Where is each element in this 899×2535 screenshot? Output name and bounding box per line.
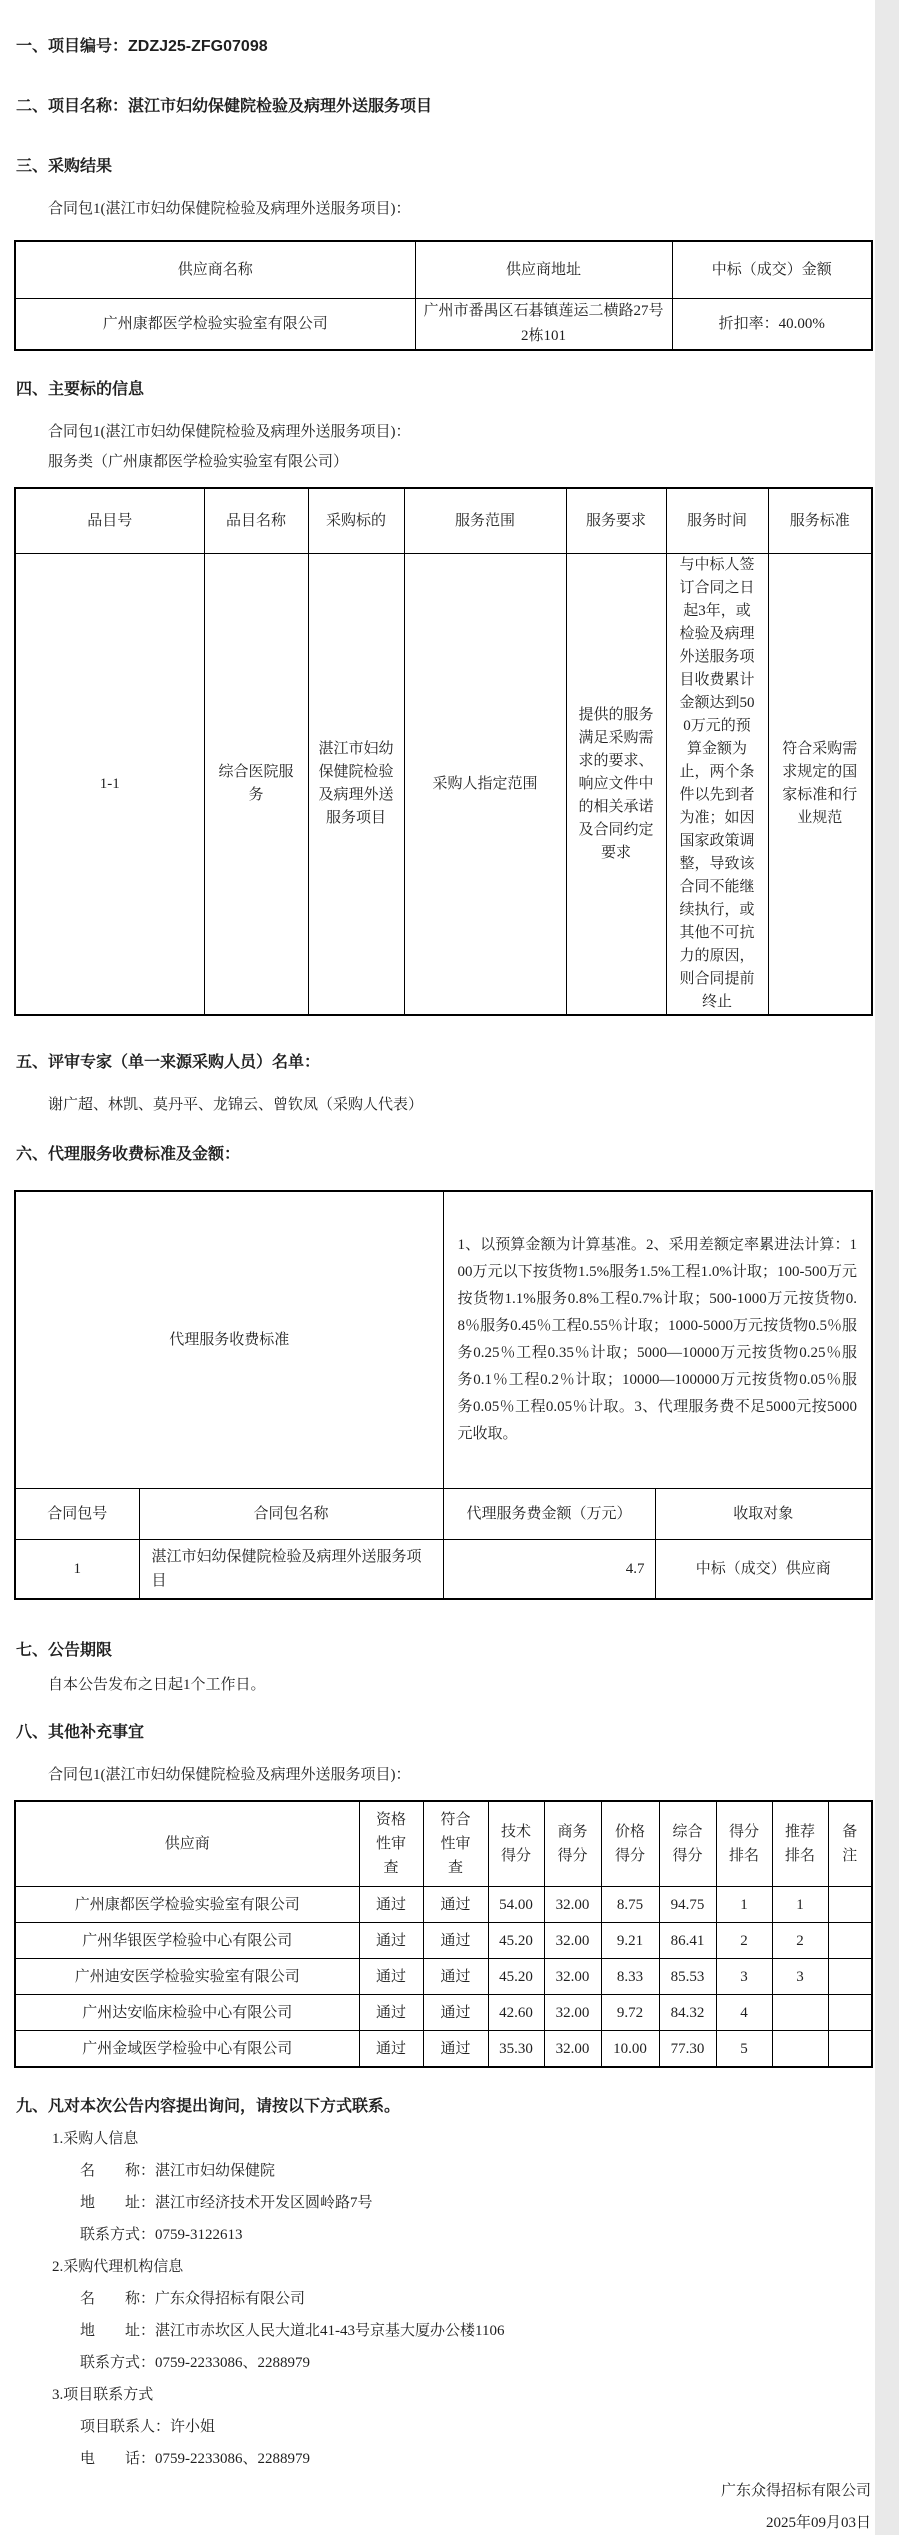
column-header-award-amount: 中标（成交）金额 [672,241,872,299]
business-score-cell: 32.00 [544,1995,601,2031]
table-row: 广州康都医学检验实验室有限公司 广州市番禺区石碁镇莲运二横路27号2栋101 折… [15,299,872,351]
fee-payer-cell: 中标（成交）供应商 [655,1540,872,1600]
section-1-project-number: 一、项目编号：ZDZJ25-ZFG07098 [16,36,871,58]
technical-score-cell: 54.00 [488,1887,544,1923]
section-7-heading: 七、公告期限 [16,1640,871,1662]
column-header-qualification-review: 资格性审查 [359,1801,423,1887]
supplier-cell: 广州康都医学检验实验室有限公司 [15,1887,359,1923]
supplier-address-cell: 广州市番禺区石碁镇莲运二横路27号2栋101 [415,299,672,351]
column-header-price-score: 价格得分 [601,1801,659,1887]
footer-date: 2025年09月03日 [14,2512,871,2534]
supplier-cell: 广州迪安医学检验实验室有限公司 [15,1959,359,1995]
table-row: 广州达安临床检验中心有限公司 通过 通过 42.60 32.00 9.72 84… [15,1995,872,2031]
package-name-cell: 湛江市妇幼保健院检验及病理外送服务项目 [139,1540,443,1600]
table-header-row: 合同包号 合同包名称 代理服务费金额（万元） 收取对象 [15,1489,872,1540]
column-header-total-score: 综合得分 [659,1801,716,1887]
procurement-result-table: 供应商名称 供应商地址 中标（成交）金额 广州康都医学检验实验室有限公司 广州市… [14,240,873,351]
recommend-rank-cell: 1 [772,1887,828,1923]
section-9-heading: 九、凡对本次公告内容提出询问，请按以下方式联系。 [16,2096,871,2118]
price-score-cell: 9.72 [601,1995,659,2031]
section-2-project-name: 二、项目名称：湛江市妇幼保健院检验及病理外送服务项目 [16,96,871,118]
conformity-cell: 通过 [423,1887,488,1923]
qualification-cell: 通过 [359,2031,423,2068]
service-time-cell: 与中标人签订合同之日起3年，或检验及病理外送服务项目收费累计金额达到500万元的… [666,554,768,1016]
purchaser-address-line: 地 址：湛江市经济技术开发区圆岭路7号 [80,2192,871,2214]
agency-contact-line: 联系方式：0759-2233086、2288979 [80,2352,871,2374]
table-row: 广州金域医学检验中心有限公司 通过 通过 35.30 32.00 10.00 7… [15,2031,872,2068]
fee-amount-cell: 4.7 [443,1540,655,1600]
column-header-subject: 采购标的 [308,488,404,554]
table-row: 广州华银医学检验中心有限公司 通过 通过 45.20 32.00 9.21 86… [15,1923,872,1959]
award-amount-cell: 折扣率：40.00% [672,299,872,351]
conformity-cell: 通过 [423,1995,488,2031]
column-header-item-no: 品目号 [15,488,204,554]
score-rank-cell: 5 [716,2031,772,2068]
column-header-fee-amount: 代理服务费金额（万元） [443,1489,655,1540]
business-score-cell: 32.00 [544,1959,601,1995]
price-score-cell: 8.33 [601,1959,659,1995]
section-4-heading: 四、主要标的信息 [16,379,871,401]
main-subject-table: 品目号 品目名称 采购标的 服务范围 服务要求 服务时间 服务标准 1-1 综合… [14,487,873,1016]
evaluation-score-table: 供应商 资格性审查 符合性审查 技术得分 商务得分 价格得分 综合得分 得分排名… [14,1800,873,2068]
table-row: 1 湛江市妇幼保健院检验及病理外送服务项目 4.7 中标（成交）供应商 [15,1540,872,1600]
agency-name-line: 名 称：广东众得招标有限公司 [80,2288,871,2310]
project-contact-person-line: 项目联系人：许小姐 [80,2416,871,2438]
qualification-cell: 通过 [359,1995,423,2031]
remark-cell [828,1923,872,1959]
project-phone-line: 电 话：0759-2233086、2288979 [80,2448,871,2470]
column-header-package-name: 合同包名称 [139,1489,443,1540]
section-3-package-line: 合同包1(湛江市妇幼保健院检验及病理外送服务项目)： [48,198,871,220]
supplier-cell: 广州达安临床检验中心有限公司 [15,1995,359,2031]
section-8-heading: 八、其他补充事宜 [16,1722,871,1744]
conformity-cell: 通过 [423,1959,488,1995]
total-score-cell: 86.41 [659,1923,716,1959]
technical-score-cell: 42.60 [488,1995,544,2031]
price-score-cell: 10.00 [601,2031,659,2068]
table-row: 广州康都医学检验实验室有限公司 通过 通过 54.00 32.00 8.75 9… [15,1887,872,1923]
item-no-cell: 1-1 [15,554,204,1016]
purchaser-contact-line: 联系方式：0759-3122613 [80,2224,871,2246]
column-header-business-score: 商务得分 [544,1801,601,1887]
project-contact-title: 3.项目联系方式 [52,2384,871,2406]
supplier-cell: 广州金域医学检验中心有限公司 [15,2031,359,2068]
column-header-fee-payer: 收取对象 [655,1489,872,1540]
recommend-rank-cell [772,1995,828,2031]
subject-cell: 湛江市妇幼保健院检验及病理外送服务项目 [308,554,404,1016]
table-row: 广州迪安医学检验实验室有限公司 通过 通过 45.20 32.00 8.33 8… [15,1959,872,1995]
fee-standard-row: 代理服务收费标准 1、以预算金额为计算基准。2、采用差额定率累进法计算：100万… [15,1191,872,1489]
purchaser-info-title: 1.采购人信息 [52,2128,871,2150]
technical-score-cell: 35.30 [488,2031,544,2068]
column-header-conformity-review: 符合性审查 [423,1801,488,1887]
price-score-cell: 8.75 [601,1887,659,1923]
column-header-remark: 备注 [828,1801,872,1887]
column-header-service-time: 服务时间 [666,488,768,554]
announcement-period-line: 自本公告发布之日起1个工作日。 [48,1674,871,1696]
service-scope-cell: 采购人指定范围 [404,554,566,1016]
conformity-cell: 通过 [423,1923,488,1959]
service-standard-cell: 符合采购需求规定的国家标准和行业规范 [768,554,872,1016]
fee-standard-text-cell: 1、以预算金额为计算基准。2、采用差额定率累进法计算：100万元以下按货物1.5… [443,1191,872,1489]
supplier-cell: 广州华银医学检验中心有限公司 [15,1923,359,1959]
table-header-row: 供应商 资格性审查 符合性审查 技术得分 商务得分 价格得分 综合得分 得分排名… [15,1801,872,1887]
purchaser-name-line: 名 称：湛江市妇幼保健院 [80,2160,871,2182]
qualification-cell: 通过 [359,1923,423,1959]
total-score-cell: 77.30 [659,2031,716,2068]
score-rank-cell: 4 [716,1995,772,2031]
recommend-rank-cell: 2 [772,1923,828,1959]
business-score-cell: 32.00 [544,2031,601,2068]
column-header-score-rank: 得分排名 [716,1801,772,1887]
remark-cell [828,1995,872,2031]
conformity-cell: 通过 [423,2031,488,2068]
column-header-service-standard: 服务标准 [768,488,872,554]
agency-address-line: 地 址：湛江市赤坎区人民大道北41-43号京基大厦办公楼1106 [80,2320,871,2342]
section-8-package-line: 合同包1(湛江市妇幼保健院检验及病理外送服务项目)： [48,1764,871,1786]
column-header-package-no: 合同包号 [15,1489,139,1540]
remark-cell [828,1887,872,1923]
recommend-rank-cell: 3 [772,1959,828,1995]
announcement-page: 一、项目编号：ZDZJ25-ZFG07098 二、项目名称：湛江市妇幼保健院检验… [0,0,875,2535]
column-header-technical-score: 技术得分 [488,1801,544,1887]
service-requirement-cell: 提供的服务满足采购需求的要求、响应文件中的相关承诺及合同约定要求 [566,554,666,1016]
score-rank-cell: 2 [716,1923,772,1959]
table-row: 1-1 综合医院服务 湛江市妇幼保健院检验及病理外送服务项目 采购人指定范围 提… [15,554,872,1016]
footer-company: 广东众得招标有限公司 [14,2480,871,2502]
column-header-service-scope: 服务范围 [404,488,566,554]
score-rank-cell: 1 [716,1887,772,1923]
column-header-supplier-name: 供应商名称 [15,241,415,299]
section-5-heading: 五、评审专家（单一来源采购人员）名单： [16,1052,871,1074]
qualification-cell: 通过 [359,1959,423,1995]
business-score-cell: 32.00 [544,1887,601,1923]
total-score-cell: 85.53 [659,1959,716,1995]
remark-cell [828,2031,872,2068]
recommend-rank-cell [772,2031,828,2068]
price-score-cell: 9.21 [601,1923,659,1959]
technical-score-cell: 45.20 [488,1923,544,1959]
table-header-row: 供应商名称 供应商地址 中标（成交）金额 [15,241,872,299]
column-header-recommend-rank: 推荐排名 [772,1801,828,1887]
section-4-package-line: 合同包1(湛江市妇幼保健院检验及病理外送服务项目)： [48,421,871,443]
remark-cell [828,1959,872,1995]
column-header-supplier-address: 供应商地址 [415,241,672,299]
total-score-cell: 84.32 [659,1995,716,2031]
score-rank-cell: 3 [716,1959,772,1995]
column-header-item-name: 品目名称 [204,488,308,554]
column-header-supplier: 供应商 [15,1801,359,1887]
fee-standard-label-cell: 代理服务收费标准 [15,1191,443,1489]
section-3-heading: 三、采购结果 [16,156,871,178]
table-header-row: 品目号 品目名称 采购标的 服务范围 服务要求 服务时间 服务标准 [15,488,872,554]
item-name-cell: 综合医院服务 [204,554,308,1016]
supplier-name-cell: 广州康都医学检验实验室有限公司 [15,299,415,351]
technical-score-cell: 45.20 [488,1959,544,1995]
total-score-cell: 94.75 [659,1887,716,1923]
section-6-heading: 六、代理服务收费标准及金额： [16,1144,871,1166]
package-no-cell: 1 [15,1540,139,1600]
agency-info-title: 2.采购代理机构信息 [52,2256,871,2278]
expert-names-line: 谢广超、林凯、莫丹平、龙锦云、曾钦凤（采购人代表） [48,1094,871,1116]
agency-fee-table: 代理服务收费标准 1、以预算金额为计算基准。2、采用差额定率累进法计算：100万… [14,1190,873,1600]
section-4-category-line: 服务类（广州康都医学检验实验室有限公司） [48,451,871,473]
column-header-service-requirement: 服务要求 [566,488,666,554]
qualification-cell: 通过 [359,1887,423,1923]
business-score-cell: 32.00 [544,1923,601,1959]
